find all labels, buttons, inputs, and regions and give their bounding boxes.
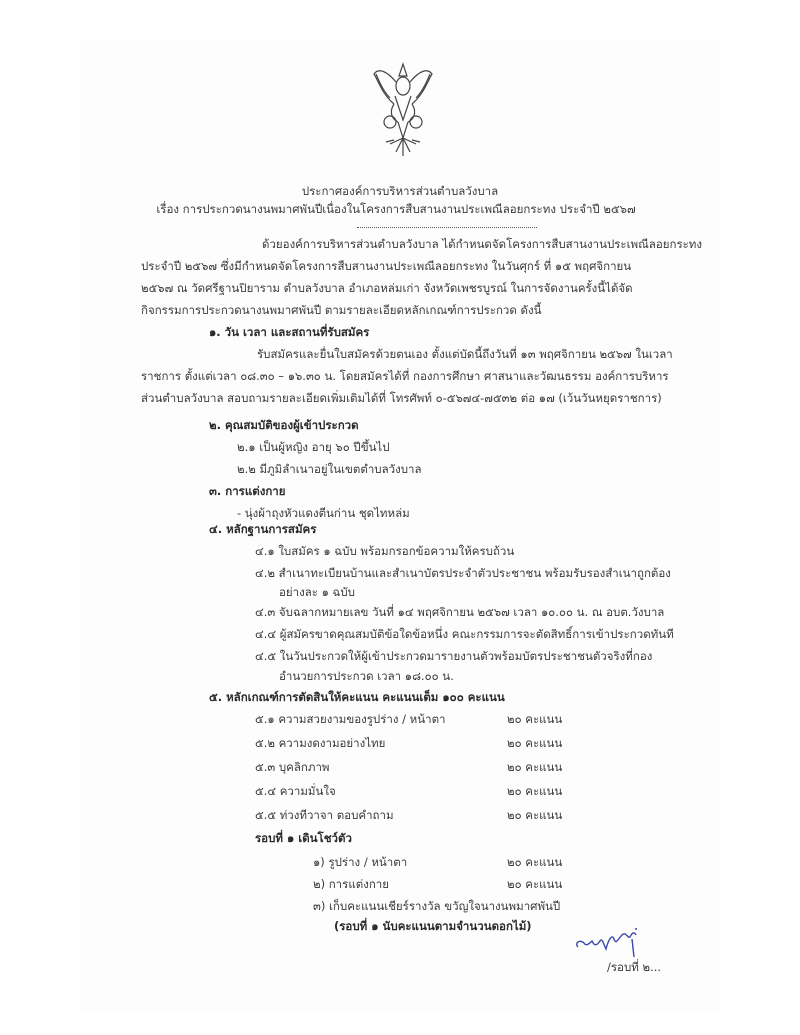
round-1-score: ๒๐ คะแนน — [507, 877, 562, 891]
signature-icon — [570, 925, 670, 965]
criterion-label: ๕.๒ ความงดงามอย่างไทย — [255, 736, 385, 750]
section-2-title: ๒. คุณสมบัติของผู้เข้าประกวด — [209, 418, 359, 432]
section-4-item: ๔.๔ ผู้สมัครขาดคุณสมบัติข้อใดข้อหนึ่ง คณ… — [255, 627, 674, 641]
round-1-score: ๒๐ คะแนน — [507, 855, 562, 869]
separator-dots — [357, 227, 537, 228]
criterion-label: ๕.๓ บุคลิกภาพ — [255, 760, 330, 774]
round-1-item: ๑) รูปร่าง / หน้าตา — [313, 855, 407, 869]
section-4-item: ๔.๓ จับฉลากหมายเลข วันที่ ๑๔ พฤศจิกายน ๒… — [255, 605, 664, 619]
criterion-label: ๕.๑ ความสวยงามของรูปร่าง / หน้าตา — [255, 712, 446, 726]
round-1-item: ๓) เก็บคะแนนเชียร์รางวัล ขวัญใจนางนพมาศพ… — [313, 899, 560, 913]
section-4-item: ๔.๑ ใบสมัคร ๑ ฉบับ พร้อมกรอกข้อความให้คร… — [255, 544, 514, 558]
round-1-item: ๒) การแต่งกาย — [313, 877, 389, 891]
section-1-line-2: ราชการ ตั้งแต่เวลา ๐๘.๓๐ – ๑๖.๓๐ น. โดยส… — [141, 369, 669, 383]
section-4-title: ๔. หลักฐานการสมัคร — [209, 522, 316, 536]
section-4-item-cont: อำนวยการประกวด เวลา ๑๘.๐๐ น. — [279, 669, 454, 683]
section-3-item: - นุ่งผ้าถุงหัวแดงตีนก่าน ชุดไทหล่ม — [237, 506, 410, 520]
criterion-score: ๒๐ คะแนน — [507, 784, 562, 798]
criterion-score: ๒๐ คะแนน — [507, 736, 562, 750]
section-2-item: ๒.๒ มีภูมิลำเนาอยู่ในเขตตำบลวังบาล — [237, 462, 422, 476]
garuda-emblem-icon — [368, 60, 438, 165]
section-1-title: ๑. วัน เวลา และสถานที่รับสมัคร — [209, 325, 369, 339]
criterion-label: ๕.๔ ความมั่นใจ — [255, 784, 336, 798]
section-5-title: ๕. หลักเกณฑ์การตัดสินให้คะแนน คะแนนเต็ม … — [209, 690, 505, 704]
criterion-score: ๒๐ คะแนน — [507, 712, 562, 726]
section-1-line-3: ส่วนตำบลวังบาล สอบถามรายละเอียดเพิ่มเติม… — [141, 391, 662, 405]
subject-line: เรื่อง การประกวดนางนพมาศพันปีเนื่องในโคร… — [0, 202, 796, 216]
intro-line-2: ประจำปี ๒๕๖๗ ซึ่งมีกำหนดจัดโครงการสืบสาน… — [141, 259, 631, 273]
section-2-item: ๒.๑ เป็นผู้หญิง อายุ ๖๐ ปีขึ้นไป — [237, 440, 390, 454]
section-4-item-cont: อย่างละ ๑ ฉบับ — [279, 585, 355, 599]
criterion-label: ๕.๕ ท่วงทีวาจา ตอบคำถาม — [255, 808, 394, 822]
section-4-item: ๔.๒ สำเนาทะเบียนบ้านและสำเนาบัตรประจำตัว… — [255, 566, 671, 580]
section-1-line-1: รับสมัครและยื่นใบสมัครด้วยตนเอง ตั้งแต่บ… — [257, 347, 673, 361]
criterion-score: ๒๐ คะแนน — [507, 760, 562, 774]
continued-text: /รอบที่ ๒... — [607, 960, 661, 974]
round-1-title: รอบที่ ๑ เดินโชว์ตัว — [255, 831, 352, 845]
section-4-item: ๔.๕ ในวันประกวดให้ผู้เข้าประกวดมารายงานต… — [255, 649, 652, 663]
section-3-title: ๓. การแต่งกาย — [209, 484, 286, 498]
criterion-score: ๒๐ คะแนน — [507, 808, 562, 822]
org-title: ประกาศองค์การบริหารส่วนตำบลวังบาล — [0, 184, 800, 198]
intro-line-4: กิจกรรมการประกวดนางนพมาศพันปี ตามรายละเอ… — [141, 303, 541, 317]
intro-line-3: ๒๕๖๗ ณ วัดศรีฐานปิยาราม ตำบลวังบาล อำเภอ… — [141, 281, 633, 295]
round-1-note: (รอบที่ ๑ นับคะแนนตามจำนวนดอกไม้) — [334, 919, 532, 933]
intro-line-1: ด้วยองค์การบริหารส่วนตำบลวังบาล ได้กำหนด… — [262, 237, 702, 251]
